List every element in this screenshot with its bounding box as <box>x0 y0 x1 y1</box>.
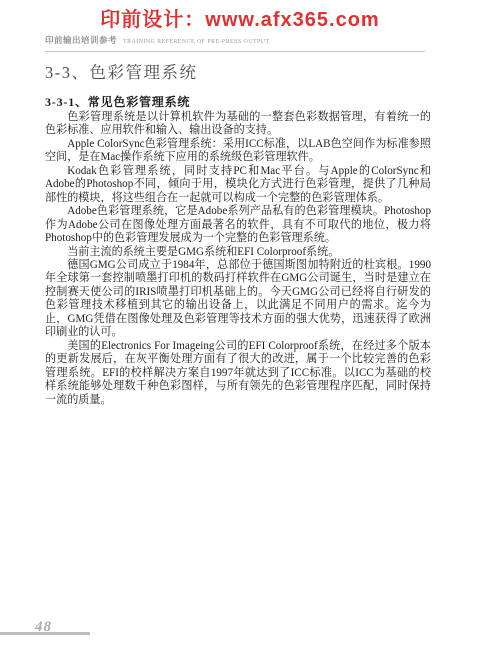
section-heading: 3-3、色彩管理系统 <box>45 59 198 83</box>
promo-banner-url: www.afx365.com <box>205 9 379 31</box>
document-page: 印前设计：www.afx365.com 印前输出培训参考TRAINING REF… <box>0 0 480 651</box>
paragraph: 当前主流的系统主要是GMG系统和EFI Colorproof系统。 <box>45 246 431 259</box>
promo-banner: 印前设计：www.afx365.com <box>0 3 480 32</box>
running-head-title-en: TRAINING REFERENCE OF PRE-PRESS OUTPUT <box>123 39 270 45</box>
promo-banner-prefix: 印前设计： <box>100 9 205 31</box>
paragraph: 美国的Electronics For Imageing公司的EFI Colorp… <box>45 340 431 407</box>
running-head: 印前输出培训参考TRAINING REFERENCE OF PRE-PRESS … <box>45 30 425 52</box>
section-subheading: 3-3-1、常见色彩管理系统 <box>45 93 190 110</box>
paragraph: Adobe色彩管理系统，它是Adobe系列产品私有的色彩管理模块。Photosh… <box>45 205 431 245</box>
paragraph: Apple ColorSync色彩管理系统：采用ICC标准，以LAB色空间作为标… <box>45 138 431 165</box>
body-text: 色彩管理系统是以计算机软件为基础的一整套色彩数据管理，有着统一的色彩标准、应用软… <box>45 111 431 407</box>
page-number: 48 <box>35 619 52 636</box>
paragraph: Kodak色彩管理系统，同时支持PC和Mac平台。与Apple的ColorSyn… <box>45 165 431 205</box>
running-head-title-zh: 印前输出培训参考 <box>45 35 117 45</box>
paragraph: 色彩管理系统是以计算机软件为基础的一整套色彩数据管理，有着统一的色彩标准、应用软… <box>45 111 431 138</box>
paragraph: 德国GMG公司成立于1984年，总部位于德国斯图加特附近的杜宾根。1990年全球… <box>45 259 431 340</box>
